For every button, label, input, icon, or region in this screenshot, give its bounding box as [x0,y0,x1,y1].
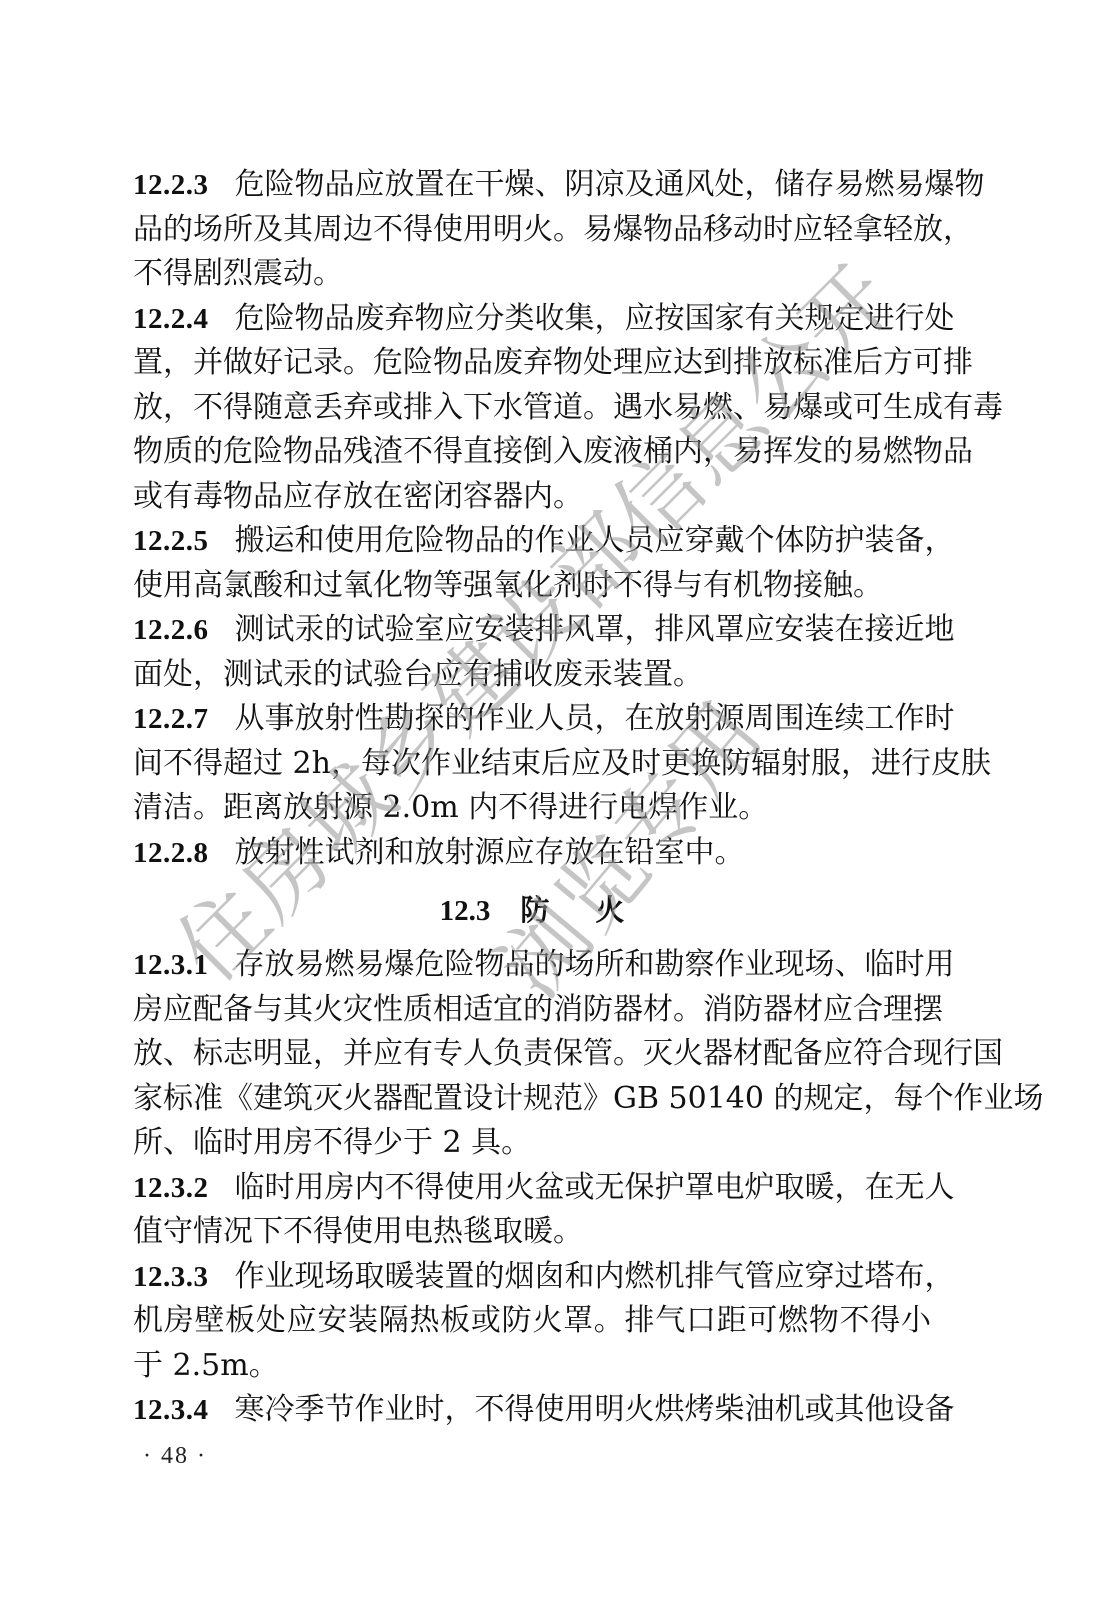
document-page: 12.2.3危险物品应放置在干燥、阴凉及通风处，储存易燃易爆物 品的场所及其周边… [0,0,1102,1598]
body-text: 12.2.3危险物品应放置在干燥、阴凉及通风处，储存易燃易爆物 品的场所及其周边… [133,163,931,1433]
clause-text: 存放易燃易爆危险物品的场所和勘察作业现场、临时用 [235,947,955,982]
clause-12-2-6-line-1: 12.2.6测试汞的试验室应安装排风罩，排风罩应安装在接近地 [133,608,931,653]
clause-text: 作业现场取暖装置的烟囱和内燃机排气管应穿过塔布， [235,1259,955,1294]
clause-12-3-2-line-2: 值守情况下不得使用电热毯取暖。 [133,1210,931,1255]
clause-12-2-7-line-2: 间不得超过 2h，每次作业结束后应及时更换防辐射服，进行皮肤 [133,742,931,787]
clause-12-3-3-line-1: 12.3.3作业现场取暖装置的烟囱和内燃机排气管应穿过塔布， [133,1255,931,1300]
clause-number: 12.2.7 [133,703,209,735]
clause-12-2-3-line-1: 12.2.3危险物品应放置在干燥、阴凉及通风处，储存易燃易爆物 [133,163,931,208]
clause-number: 12.2.6 [133,614,209,646]
clause-number: 12.3.4 [133,1394,209,1426]
clause-12-2-4-line-3: 放，不得随意丢弃或排入下水管道。遇水易燃、易爆或可生成有毒 [133,386,931,431]
clause-12-2-3-line-3: 不得剧烈震动。 [133,252,931,297]
clause-12-3-1-line-3: 放、标志明显，并应有专人负责保管。灭火器材配备应符合现行国 [133,1032,931,1077]
clause-text: 危险物品应放置在干燥、阴凉及通风处，储存易燃易爆物 [235,167,985,202]
clause-number: 12.3.1 [133,949,209,981]
heading-title-char-2: 火 [595,893,624,927]
clause-text: 搬运和使用危险物品的作业人员应穿戴个体防护装备， [235,523,955,558]
clause-number: 12.2.5 [133,525,209,557]
heading-number: 12.3 [440,895,491,927]
heading-title-char-1: 防 [520,893,549,927]
clause-12-2-4-line-1: 12.2.4危险物品废弃物应分类收集，应按国家有关规定进行处 [133,297,931,342]
clause-12-3-1-line-5: 所、临时用房不得少于 2 具。 [133,1121,931,1166]
clause-text: 测试汞的试验室应安装排风罩，排风罩应安装在接近地 [235,612,955,647]
clause-text: 临时用房内不得使用火盆或无保护罩电炉取暖，在无人 [235,1170,955,1205]
clause-12-3-2-line-1: 12.3.2临时用房内不得使用火盆或无保护罩电炉取暖，在无人 [133,1166,931,1211]
clause-12-2-6-line-2: 面处，测试汞的试验台应有捕收废汞装置。 [133,653,931,698]
section-heading: 12.3防火 [133,877,931,943]
clause-text: 从事放射性勘探的作业人员，在放射源周围连续工作时 [235,701,955,736]
clause-12-2-3-line-2: 品的场所及其周边不得使用明火。易爆物品移动时应轻拿轻放， [133,208,931,253]
clause-12-2-4-line-4: 物质的危险物品残渣不得直接倒入废液桶内，易挥发的易燃物品 [133,430,931,475]
clause-number: 12.2.3 [133,169,209,201]
clause-12-2-4-line-5: 或有毒物品应存放在密闭容器内。 [133,475,931,520]
clause-number: 12.3.2 [133,1172,209,1204]
clause-text: 放射性试剂和放射源应存放在铅室中。 [235,835,745,870]
clause-12-3-1-line-1: 12.3.1存放易燃易爆危险物品的场所和勘察作业现场、临时用 [133,943,931,988]
page-number: · 48 · [143,1443,207,1470]
clause-12-2-5-line-2: 使用高氯酸和过氧化物等强氧化剂时不得与有机物接触。 [133,564,931,609]
clause-12-2-8-line-1: 12.2.8放射性试剂和放射源应存放在铅室中。 [133,831,931,876]
clause-12-2-7-line-1: 12.2.7从事放射性勘探的作业人员，在放射源周围连续工作时 [133,697,931,742]
clause-number: 12.2.4 [133,303,209,335]
clause-12-3-3-line-2: 机房壁板处应安装隔热板或防火罩。排气口距可燃物不得小 [133,1299,931,1344]
clause-12-3-3-line-3: 于 2.5m。 [133,1344,931,1389]
clause-12-2-7-line-3: 清洁。距离放射源 2.0m 内不得进行电焊作业。 [133,786,931,831]
clause-text: 寒冷季节作业时，不得使用明火烘烤柴油机或其他设备 [235,1392,955,1427]
clause-12-3-1-line-2: 房应配备与其火灾性质相适宜的消防器材。消防器材应合理摆 [133,988,931,1033]
clause-text: 危险物品废弃物应分类收集，应按国家有关规定进行处 [235,301,955,336]
clause-number: 12.3.3 [133,1261,209,1293]
clause-12-3-1-line-4: 家标准《建筑灭火器配置设计规范》GB 50140 的规定，每个作业场 [133,1077,931,1122]
clause-12-2-4-line-2: 置，并做好记录。危险物品废弃物处理应达到排放标准后方可排 [133,341,931,386]
clause-number: 12.2.8 [133,837,209,869]
clause-12-3-4-line-1: 12.3.4寒冷季节作业时，不得使用明火烘烤柴油机或其他设备 [133,1388,931,1433]
clause-12-2-5-line-1: 12.2.5搬运和使用危险物品的作业人员应穿戴个体防护装备， [133,519,931,564]
